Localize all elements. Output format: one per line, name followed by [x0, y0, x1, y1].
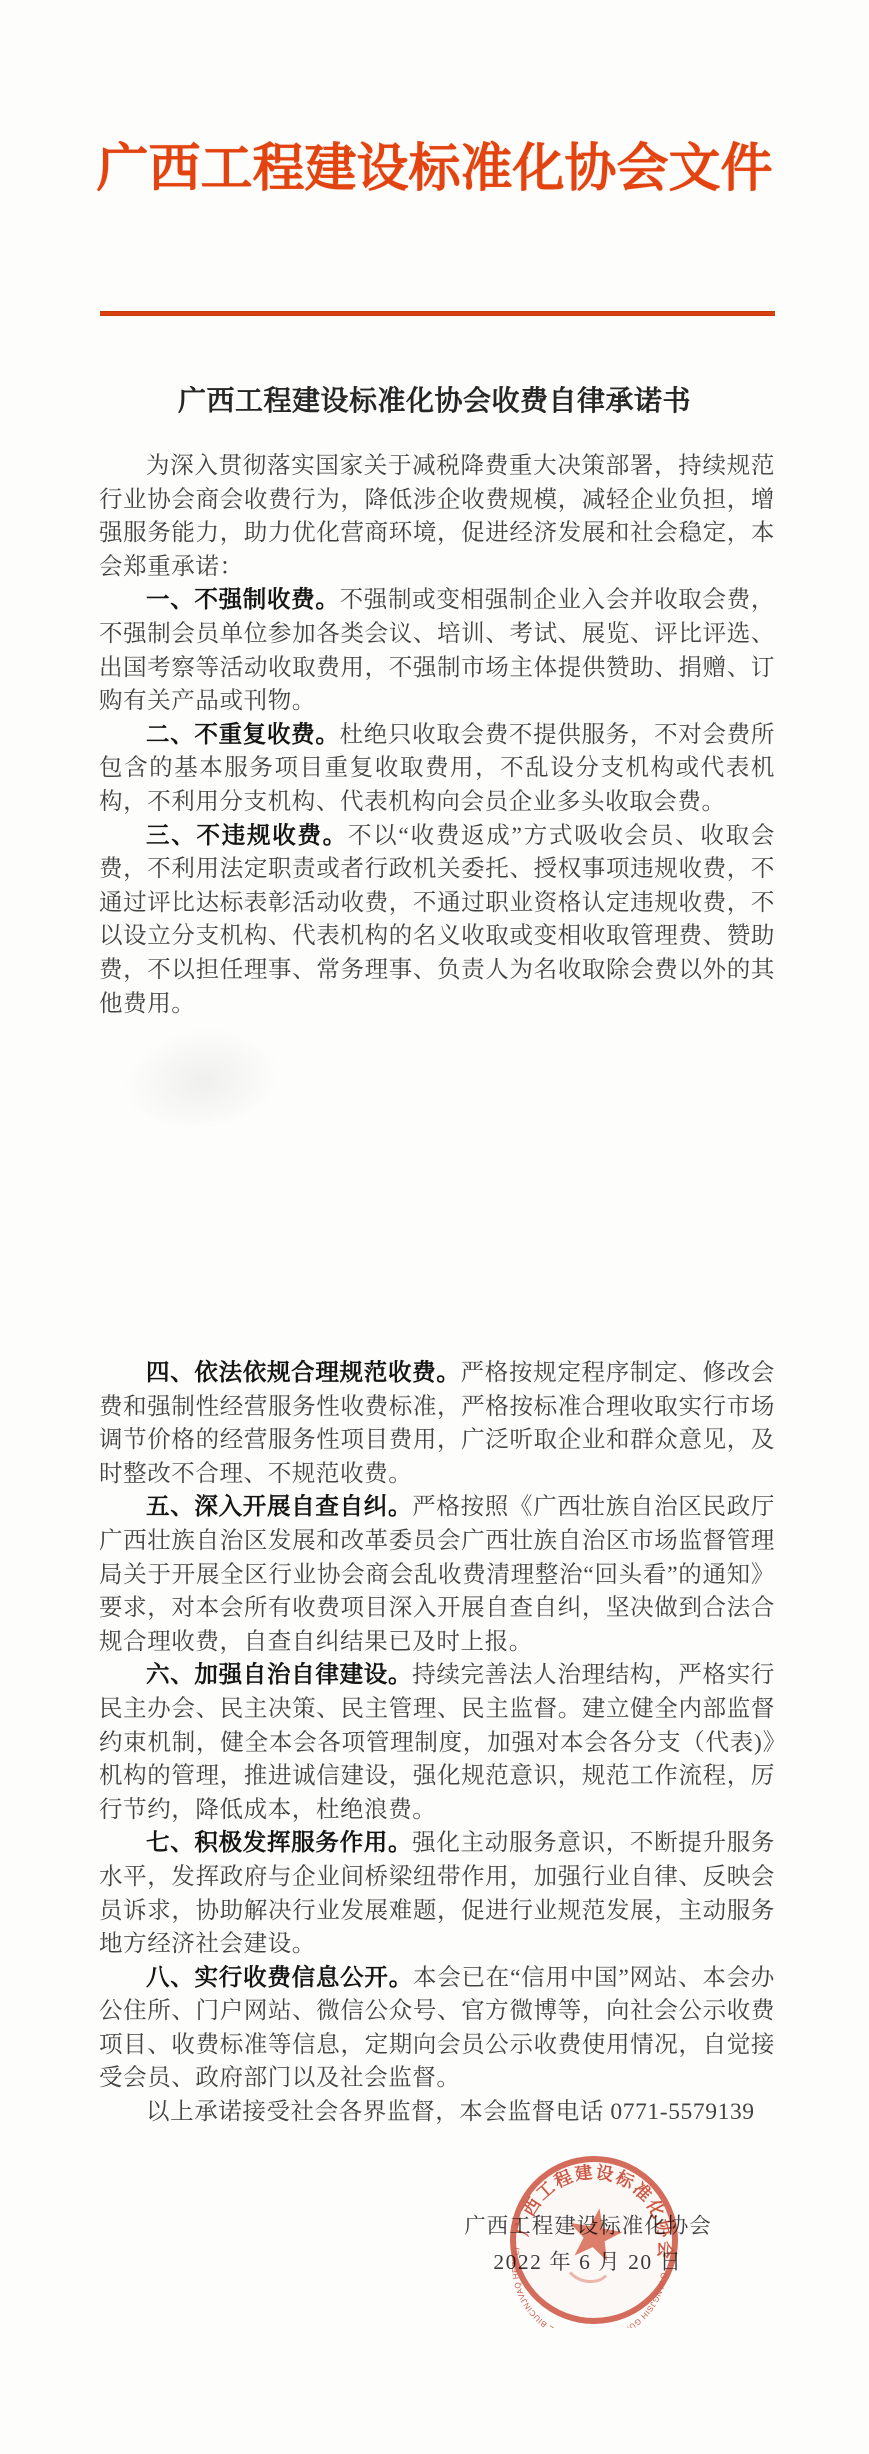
body-section-1: 为深入贯彻落实国家关于减税降费重大决策部署，持续规范行业协会商会收费行为，降低涉… [99, 450, 775, 1021]
seal-group: 广西工程建设标准化协会 GVANGJSIH GUNGCWNGZ GENSEZ B… [506, 2152, 682, 2328]
page-title: 广西工程建设标准化协会收费自律承诺书 [0, 379, 869, 419]
item-2-lead: 二、不重复收费。 [146, 722, 340, 748]
item-2-paragraph: 二、不重复收费。杜绝只收取会费不提供服务，不对会费所包含的基本服务项目重复收取费… [99, 719, 775, 820]
intro-paragraph: 为深入贯彻落实国家关于减税降费重大决策部署，持续规范行业协会商会收费行为，降低涉… [99, 450, 775, 584]
item-1-paragraph: 一、不强制收费。不强制或变相强制企业入会并收取会费，不强制会员单位参加各类会议、… [99, 584, 775, 718]
body-section-2: 四、依法依规合理规范收费。严格按规定程序制定、修改会费和强制性经营服务性收费标准… [99, 1357, 775, 2130]
letterhead-title: 广西工程建设标准化协会文件 [0, 140, 869, 200]
item-7-lead: 七、积极发挥服务作用。 [146, 1830, 412, 1856]
supervision-line: 以上承诺接受社会各界监督，本会监督电话 0771-5579139 [99, 2096, 775, 2130]
item-4-paragraph: 四、依法依规合理规范收费。严格按规定程序制定、修改会费和强制性经营服务性收费标准… [99, 1357, 775, 1491]
item-6-lead: 六、加强自治自律建设。 [146, 1662, 412, 1688]
item-1-lead: 一、不强制收费。 [146, 587, 340, 613]
document-page: 广西工程建设标准化协会文件 广西工程建设标准化协会收费自律承诺书 为深入贯彻落实… [0, 0, 869, 2454]
item-4-lead: 四、依法依规合理规范收费。 [146, 1360, 461, 1386]
item-6-paragraph: 六、加强自治自律建设。持续完善法人治理结构，严格实行民主办会、民主决策、民主管理… [99, 1659, 775, 1827]
item-3-paragraph: 三、不违规收费。不以“收费返成”方式吸收会员、收取会费，不利用法定职责或者行政机… [99, 820, 775, 1022]
letterhead-rule [100, 311, 775, 316]
item-5-lead: 五、深入开展自查自纠。 [146, 1494, 412, 1520]
item-3-lead: 三、不违规收费。 [146, 823, 348, 849]
item-8-lead: 八、实行收费信息公开。 [146, 1965, 413, 1991]
item-3-text: 不以“收费返成”方式吸收会员、收取会费，不利用法定职责或者行政机关委托、授权事项… [99, 823, 775, 1017]
item-7-paragraph: 七、积极发挥服务作用。强化主动服务意识，不断提升服务水平，发挥政府与企业间桥梁纽… [99, 1827, 775, 1961]
official-seal: 广西工程建设标准化协会 GVANGJSIH GUNGCWNGZ GENSEZ B… [506, 2152, 682, 2328]
item-5-paragraph: 五、深入开展自查自纠。严格按照《广西壮族自治区民政厅广西壮族自治区发展和改革委员… [99, 1491, 775, 1659]
item-8-paragraph: 八、实行收费信息公开。本会已在“信用中国”网站、本会办公住所、门户网站、微信公众… [99, 1962, 775, 2096]
scan-smudge [116, 1017, 288, 1134]
